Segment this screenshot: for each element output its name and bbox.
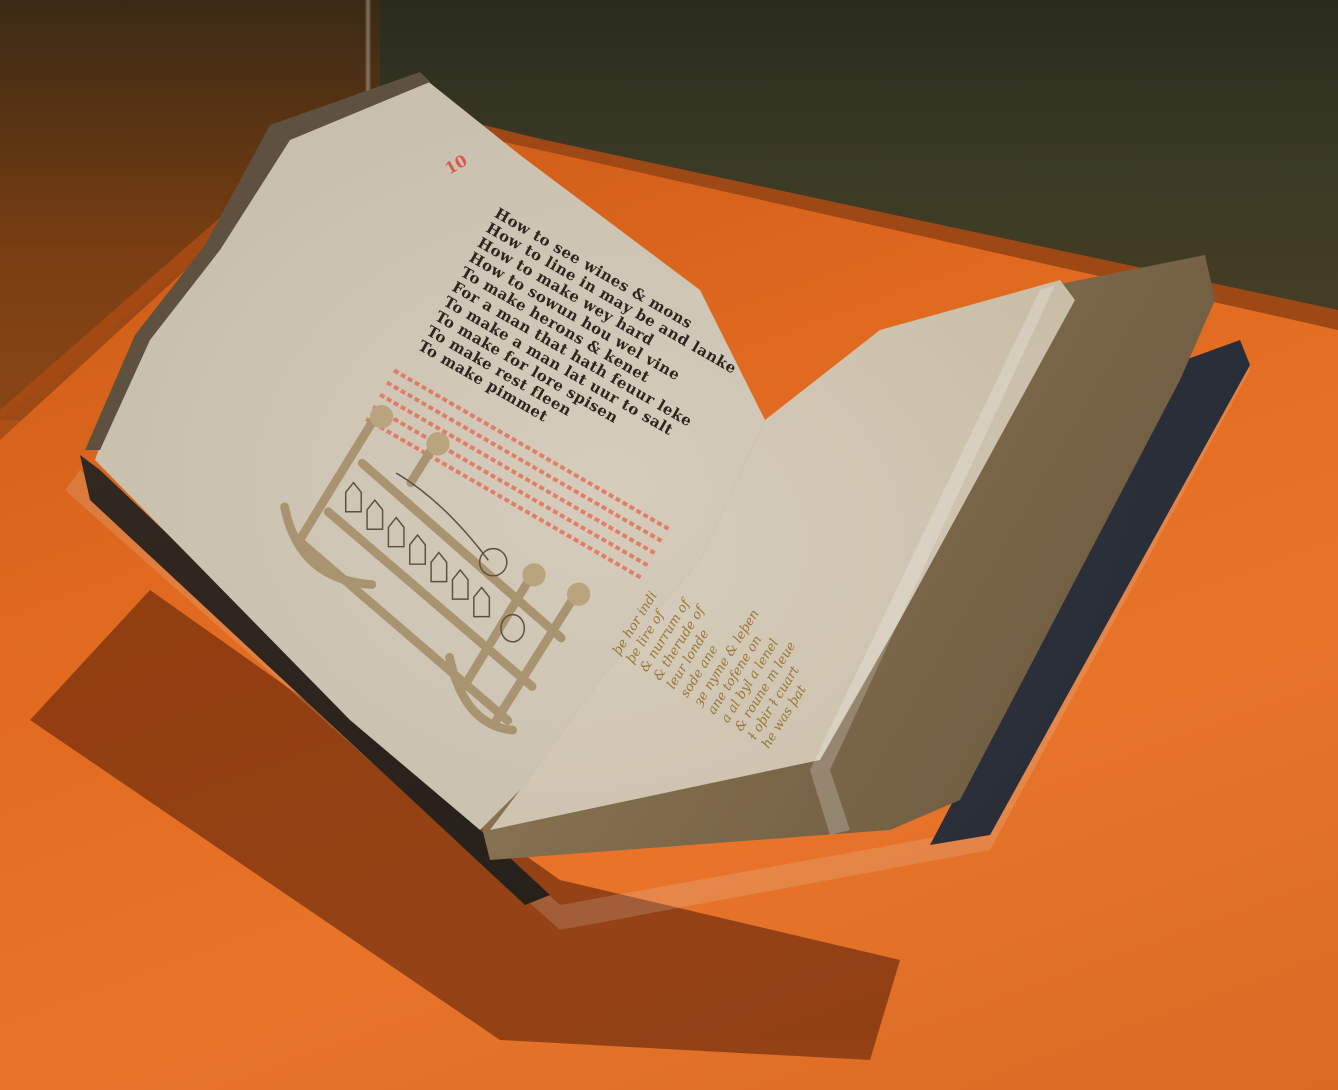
cradle-illustration-icon — [270, 395, 600, 745]
photo-scene: 10 How to see wines & mons How to line i… — [0, 0, 1338, 1090]
